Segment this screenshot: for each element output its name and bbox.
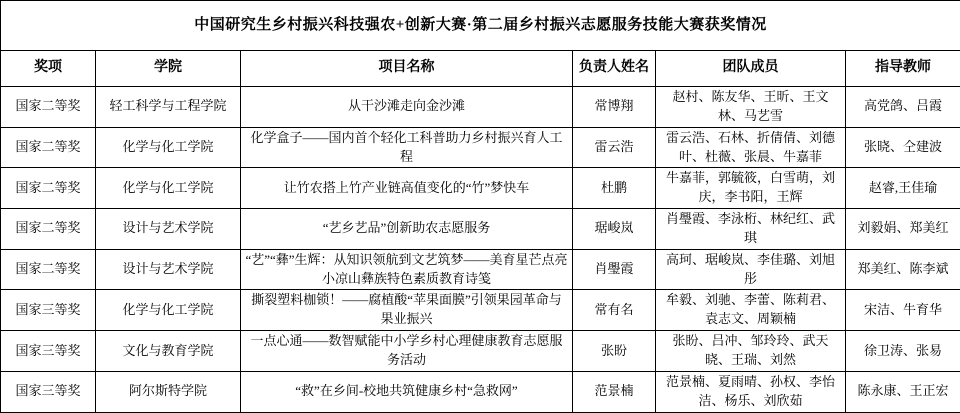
cell-leader: 常博翔 xyxy=(573,87,656,128)
title-row: 中国研究生乡村振兴科技强农+创新大赛·第二届乡村振兴志愿服务技能大赛获奖情况 xyxy=(1,1,960,51)
cell-leader: 杜鹏 xyxy=(573,168,656,209)
cell-team: 牛嘉菲，郭毓筱，白雪萌，刘庆，李书阳，王辉 xyxy=(656,168,846,209)
page-title: 中国研究生乡村振兴科技强农+创新大赛·第二届乡村振兴志愿服务技能大赛获奖情况 xyxy=(1,1,960,51)
cell-leader: 雷云浩 xyxy=(573,127,656,168)
cell-award: 国家二等奖 xyxy=(1,249,96,290)
cell-college: 轻工科学与工程学院 xyxy=(96,87,241,128)
table-row: 国家三等奖 化学与化工学院 撕裂塑料枷锁！——腐植酸“苹果面膜”引领果园革命与果… xyxy=(1,290,960,331)
table-row: 国家二等奖 轻工科学与工程学院 从干沙滩走向金沙滩 常博翔 赵村、陈友华、王昕、… xyxy=(1,87,960,128)
col-header-award: 奖项 xyxy=(1,51,96,87)
cell-college: 设计与艺术学院 xyxy=(96,209,241,250)
cell-college: 化学与化工学院 xyxy=(96,168,241,209)
cell-college: 阿尔斯特学院 xyxy=(96,371,241,412)
cell-award: 国家三等奖 xyxy=(1,290,96,331)
cell-advisor: 郑美红、陈李斌 xyxy=(846,249,960,290)
col-header-project: 项目名称 xyxy=(241,51,573,87)
cell-project: 撕裂塑料枷锁！——腐植酸“苹果面膜”引领果园革命与果业振兴 xyxy=(241,290,573,331)
cell-team: 范景楠、夏雨晴、孙权、李怡洁、杨乐、刘欣茹 xyxy=(656,371,846,412)
cell-team: 赵村、陈友华、王昕、王文林、马艺雪 xyxy=(656,87,846,128)
cell-advisor: 陈永康、王正宏 xyxy=(846,371,960,412)
cell-college: 化学与化工学院 xyxy=(96,290,241,331)
table-row: 国家三等奖 文化与教育学院 一点心通——数智赋能中小学乡村心理健康教育志愿服务活… xyxy=(1,331,960,372)
cell-team: 高珂、琚峻岚、李佳璐、刘旭彤 xyxy=(656,249,846,290)
cell-team: 雷云浩、石林、折倩倩、刘德叶、杜薇、张晨、牛嘉菲 xyxy=(656,127,846,168)
cell-advisor: 徐卫涛、张易 xyxy=(846,331,960,372)
cell-college: 文化与教育学院 xyxy=(96,331,241,372)
cell-award: 国家二等奖 xyxy=(1,209,96,250)
cell-project: 让竹农搭上竹产业链高值变化的“竹”梦快车 xyxy=(241,168,573,209)
cell-advisor: 刘毅娟、郑美红 xyxy=(846,209,960,250)
col-header-leader: 负责人姓名 xyxy=(573,51,656,87)
cell-project: “艺”“彝”生辉：从知识领航到文艺筑梦——美育星芒点亮小凉山彝族特色素质教育诗笺 xyxy=(241,249,573,290)
col-header-advisor: 指导教师 xyxy=(846,51,960,87)
cell-team: 牟毅、刘驰、李蕾、陈莉君、袁志文、周颖楠 xyxy=(656,290,846,331)
cell-project: “艺乡艺品”创新助农志愿服务 xyxy=(241,209,573,250)
cell-advisor: 高党鸽、吕霞 xyxy=(846,87,960,128)
cell-leader: 常有名 xyxy=(573,290,656,331)
cell-advisor: 赵睿,王佳瑜 xyxy=(846,168,960,209)
table-row: 国家三等奖 阿尔斯特学院 “救”在乡间-校地共筑健康乡村“急救网” 范景楠 范景… xyxy=(1,371,960,412)
col-header-team: 团队成员 xyxy=(656,51,846,87)
cell-project: “救”在乡间-校地共筑健康乡村“急救网” xyxy=(241,371,573,412)
cell-college: 化学与化工学院 xyxy=(96,127,241,168)
table-row: 国家二等奖 设计与艺术学院 “艺”“彝”生辉：从知识领航到文艺筑梦——美育星芒点… xyxy=(1,249,960,290)
cell-leader: 范景楠 xyxy=(573,371,656,412)
cell-team: 肖璺霞、李泳桁、林纪红、武琪 xyxy=(656,209,846,250)
cell-award: 国家二等奖 xyxy=(1,127,96,168)
cell-college: 设计与艺术学院 xyxy=(96,249,241,290)
cell-leader: 肖璺霞 xyxy=(573,249,656,290)
col-header-college: 学院 xyxy=(96,51,241,87)
cell-award: 国家二等奖 xyxy=(1,87,96,128)
table-row: 国家二等奖 化学与化工学院 化学盒子——国内首个轻化工科普助力乡村振兴育人工程 … xyxy=(1,127,960,168)
cell-project: 化学盒子——国内首个轻化工科普助力乡村振兴育人工程 xyxy=(241,127,573,168)
cell-advisor: 宋洁、牛育华 xyxy=(846,290,960,331)
cell-award: 国家三等奖 xyxy=(1,331,96,372)
cell-leader: 张盼 xyxy=(573,331,656,372)
cell-project: 一点心通——数智赋能中小学乡村心理健康教育志愿服务活动 xyxy=(241,331,573,372)
table-row: 国家二等奖 化学与化工学院 让竹农搭上竹产业链高值变化的“竹”梦快车 杜鹏 牛嘉… xyxy=(1,168,960,209)
cell-award: 国家三等奖 xyxy=(1,371,96,412)
cell-award: 国家二等奖 xyxy=(1,168,96,209)
awards-sheet: 中国研究生乡村振兴科技强农+创新大赛·第二届乡村振兴志愿服务技能大赛获奖情况 奖… xyxy=(0,0,960,413)
cell-team: 张盼、吕冲、邹玲玲、武天晓、王瑞、刘然 xyxy=(656,331,846,372)
awards-table: 中国研究生乡村振兴科技强农+创新大赛·第二届乡村振兴志愿服务技能大赛获奖情况 奖… xyxy=(0,0,960,413)
table-header-row: 奖项 学院 项目名称 负责人姓名 团队成员 指导教师 xyxy=(1,51,960,87)
cell-advisor: 张晓、仝建波 xyxy=(846,127,960,168)
table-row: 国家二等奖 设计与艺术学院 “艺乡艺品”创新助农志愿服务 琚峻岚 肖璺霞、李泳桁… xyxy=(1,209,960,250)
cell-leader: 琚峻岚 xyxy=(573,209,656,250)
cell-project: 从干沙滩走向金沙滩 xyxy=(241,87,573,128)
